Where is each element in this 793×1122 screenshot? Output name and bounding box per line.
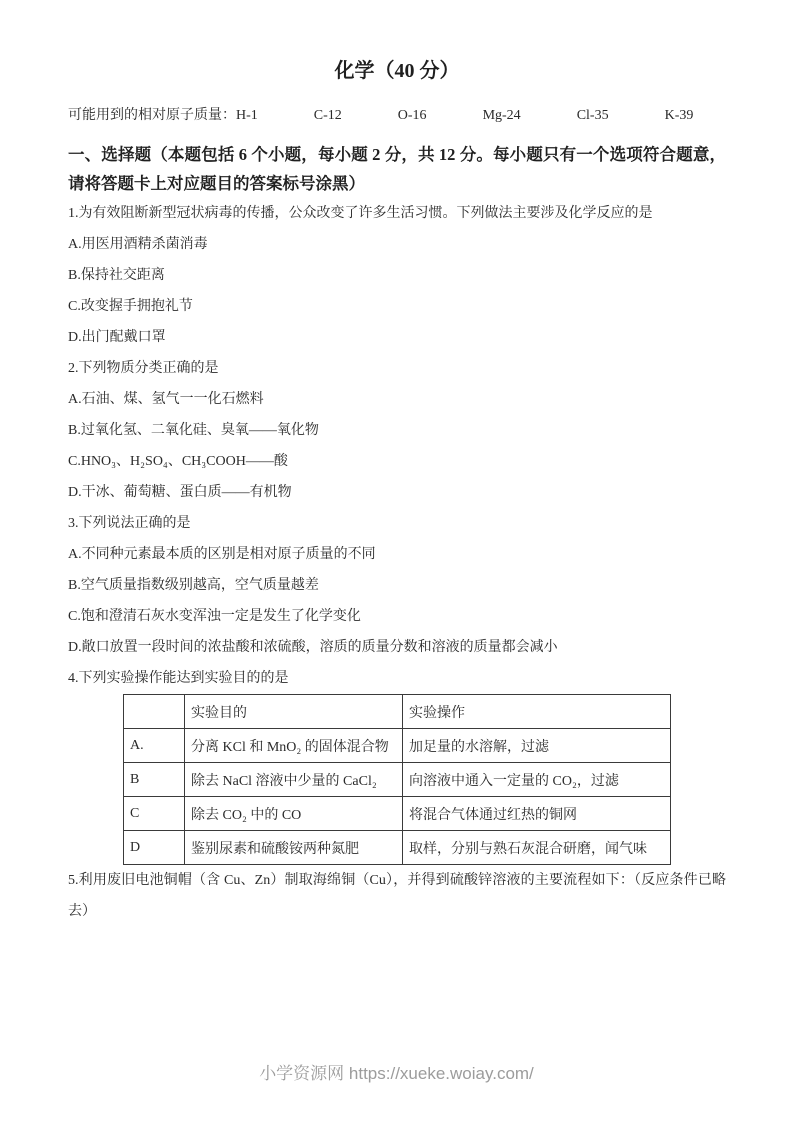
table-cell-letter: A. — [124, 729, 185, 763]
table-cell-operation: 取样，分别与熟石灰混合研磨，闻气味 — [403, 831, 671, 865]
question-3-option-a: A.不同种元素最本质的区别是相对原子质量的不同 — [68, 539, 726, 570]
atomic-mass-item: Cl-35 — [577, 106, 609, 126]
question-1-option-d: D.出门配戴口罩 — [68, 322, 726, 353]
table-cell-purpose: 鉴别尿素和硫酸铵两种氮肥 — [185, 831, 403, 865]
table-header-purpose: 实验目的 — [185, 695, 403, 729]
atomic-mass-item: C-12 — [314, 106, 342, 126]
question-2-option-c: C.HNO₃、H₂SO₄、CH₃COOH——酸 — [68, 446, 726, 477]
table-cell-letter: C — [124, 797, 185, 831]
question-1-option-a: A.用医用酒精杀菌消毒 — [68, 229, 726, 260]
footer-watermark: 小学资源网 https://xueke.woiay.com/ — [0, 1062, 793, 1086]
atomic-mass-item: Mg-24 — [483, 106, 521, 126]
question-1-stem: 1.为有效阻断新型冠状病毒的传播，公众改变了许多生活习惯。下列做法主要涉及化学反… — [68, 198, 726, 229]
question-2-option-d: D.干冰、葡萄糖、蛋白质——有机物 — [68, 477, 726, 508]
question-3-option-c: C.饱和澄清石灰水变浑浊一定是发生了化学变化 — [68, 601, 726, 632]
table-cell-operation: 加足量的水溶解，过滤 — [403, 729, 671, 763]
experiment-table: 实验目的 实验操作 A. 分离 KCl 和 MnO₂ 的固体混合物 加足量的水溶… — [123, 694, 671, 865]
question-3-stem: 3.下列说法正确的是 — [68, 508, 726, 539]
table-cell-letter: D — [124, 831, 185, 865]
question-2-option-b: B.过氧化氢、二氧化硅、臭氧——氧化物 — [68, 415, 726, 446]
question-1-option-b: B.保持社交距离 — [68, 260, 726, 291]
atomic-mass-item: H-1 — [236, 106, 258, 126]
table-cell-letter: B — [124, 763, 185, 797]
question-2-option-a: A.石油、煤、氢气一一化石燃料 — [68, 384, 726, 415]
exam-paper-page: 化学（40 分） 可能用到的相对原子质量：H-1C-12O-16Mg-24Cl-… — [0, 0, 793, 1122]
section-heading: 一、选择题（本题包括 6 个小题，每小题 2 分，共 12 分。每小题只有一个选… — [68, 140, 726, 198]
atomic-masses-line: 可能用到的相对原子质量：H-1C-12O-16Mg-24Cl-35K-39 — [68, 106, 726, 126]
table-row-c: C 除去 CO₂ 中的 CO 将混合气体通过红热的铜网 — [124, 797, 671, 831]
atomic-mass-item: K-39 — [665, 106, 694, 126]
table-header-empty — [124, 695, 185, 729]
atomic-masses-label: 可能用到的相对原子质量： — [68, 108, 236, 123]
table-cell-purpose: 分离 KCl 和 MnO₂ 的固体混合物 — [185, 729, 403, 763]
question-1-option-c: C.改变握手拥抱礼节 — [68, 291, 726, 322]
question-2-stem: 2.下列物质分类正确的是 — [68, 353, 726, 384]
atomic-mass-item: O-16 — [398, 106, 427, 126]
page-title: 化学（40 分） — [68, 56, 726, 86]
table-header-row: 实验目的 实验操作 — [124, 695, 671, 729]
question-4-stem: 4.下列实验操作能达到实验目的的是 — [68, 663, 726, 694]
table-cell-purpose: 除去 NaCl 溶液中少量的 CaCl₂ — [185, 763, 403, 797]
table-row-a: A. 分离 KCl 和 MnO₂ 的固体混合物 加足量的水溶解，过滤 — [124, 729, 671, 763]
exam-content: 化学（40 分） 可能用到的相对原子质量：H-1C-12O-16Mg-24Cl-… — [68, 56, 726, 927]
question-5-stem: 5.利用废旧电池铜帽（含 Cu、Zn）制取海绵铜（Cu），并得到硫酸锌溶液的主要… — [68, 865, 726, 927]
table-cell-operation: 向溶液中通入一定量的 CO₂，过滤 — [403, 763, 671, 797]
table-cell-purpose: 除去 CO₂ 中的 CO — [185, 797, 403, 831]
question-3-option-d: D.敞口放置一段时间的浓盐酸和浓硫酸，溶质的质量分数和溶液的质量都会减小 — [68, 632, 726, 663]
table-header-operation: 实验操作 — [403, 695, 671, 729]
table-cell-operation: 将混合气体通过红热的铜网 — [403, 797, 671, 831]
table-row-b: B 除去 NaCl 溶液中少量的 CaCl₂ 向溶液中通入一定量的 CO₂，过滤 — [124, 763, 671, 797]
question-3-option-b: B.空气质量指数级别越高，空气质量越差 — [68, 570, 726, 601]
table-row-d: D 鉴别尿素和硫酸铵两种氮肥 取样，分别与熟石灰混合研磨，闻气味 — [124, 831, 671, 865]
